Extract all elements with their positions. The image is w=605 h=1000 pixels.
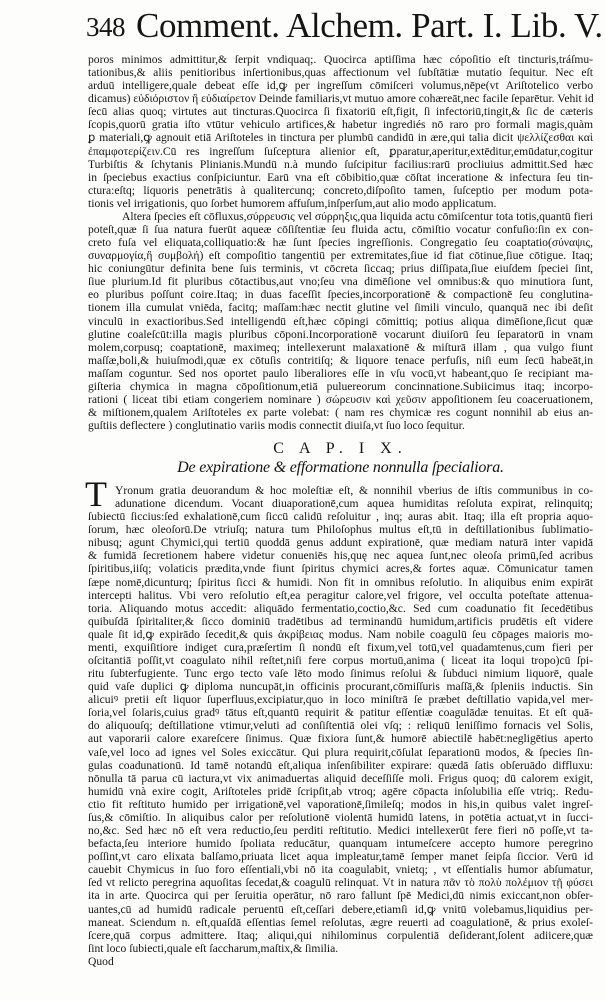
text-line: ctura:eſtq; liquoris penetrātis à qualit… (88, 184, 593, 197)
page-number: 348 (86, 12, 125, 43)
text-line: Yronum gratia deuorandum & hoc moleſtiæ … (88, 484, 593, 497)
text-line: ſoria,vel ſolaris,cuius gradꝰ tātus eſt,… (88, 706, 593, 719)
text-line: ſcopis,quorū gratia iſto vtūtur vehiculo… (88, 118, 593, 131)
text-line: tionem illa cumulat vniēda, facitq; maſſ… (88, 301, 593, 314)
text-line: ritu ſubterfugiente. Tunc ergo tecto vaſ… (88, 667, 593, 680)
text-line: intercepti halitus. Vbi vero reſolutio e… (88, 589, 593, 602)
text-line: guſtiis deflectere ) conglutinatio varii… (88, 419, 593, 432)
section-1-text: poros minimos admittitur,& ſerpit vndiqu… (88, 53, 593, 432)
text-line: ſed vt relicto peregrina aquoſitas ſeced… (88, 876, 593, 889)
text-line: no,&c. Sed hæc nō eſt vera reductio,ſeu … (88, 824, 593, 837)
text-line: aut vaporarii calore exareſcere ſinimus.… (88, 732, 593, 745)
text-line: rationi ( liceat tibi etiam congeriem no… (88, 393, 593, 406)
text-line: ſubiectū ſiccius:ſed exhalationē,cum ſic… (88, 510, 593, 523)
text-line: ita in arte. Quocirca qui per ſeruitia o… (88, 889, 593, 902)
text-line: tionis vel irrigationis, quo ſorbet humo… (88, 197, 593, 210)
text-line: Turbiſtis & ſchytanis Plinianis.Mundū n.… (88, 158, 593, 171)
text-line: uantes,cū ad humidū radicale peruentū eſ… (88, 903, 593, 916)
text-line: ſorum, hæc oleoſorū.De vtriuſq; natura t… (88, 523, 593, 536)
text-line: poros minimos admittitur,& ſerpit vndiqu… (88, 53, 593, 66)
text-line: hic coniungūtur definita bene ſuis termi… (88, 262, 593, 275)
text-line: ἐπαμφοτερίζειν.Cū res ingreſſum ſuſceptu… (88, 145, 593, 158)
text-line: molem,corpusq; coaptationē, maximeq; int… (88, 341, 593, 354)
text-line: quale ſit id,ꝙ expirādo ſecedit,& quis ἀ… (88, 628, 593, 641)
text-line: poſſint,vt caro elixata balſamo,priuata … (88, 850, 593, 863)
section-2-text: Yronum gratia deuorandum & hoc moleſtiæ … (88, 484, 593, 968)
page-header: 348 Comment. Alchem. Part. I. Lib. V. (86, 6, 605, 50)
running-title: Comment. Alchem. Part. I. Lib. V. (136, 6, 603, 46)
chapter-title: De expiratione & efformatione nonnulla ſ… (88, 459, 593, 477)
text-line: quibuſdā ſpiritaliter,& ſicco dominiū tr… (88, 615, 593, 628)
text-line: ſus,& cōmiſtio. In aliquibus calor per r… (88, 811, 593, 824)
chapter-number: C A P. I X. (88, 440, 593, 458)
catchword: Quod (88, 955, 593, 968)
text-line: quid vaſe duplici ꝙ diploma nuncupāt,in … (88, 680, 593, 693)
text-line: befacta,ſeu interiore humido ſpoliata re… (88, 837, 593, 850)
text-line: nōnulla tā parua cū iactura,vt vix anima… (88, 772, 593, 785)
text-line: giſteria chymica in magna cōpoſitionum,e… (88, 380, 593, 393)
text-line: humidū vnà exire cogit, Ariſtoteles prid… (88, 785, 593, 798)
book-page: 348 Comment. Alchem. Part. I. Lib. V. po… (0, 0, 605, 1000)
text-line: ſint loco ſubiecti,quale eſt ſaccharum,m… (88, 942, 593, 955)
text-line: ſcere,quā corpus admittere. Itaq; aliqui… (88, 929, 593, 942)
text-line: alicuiꝰ pretii eſt liquor ſuperfluus,exc… (88, 693, 593, 706)
text-line: menti, exquiſitiore indiget cura,præſert… (88, 641, 593, 654)
text-line: toria. Aliquando motus accedit: aliquādo… (88, 602, 593, 615)
text-line: creto fuſa vel eliquata,colliquatio:& hæ… (88, 236, 593, 249)
text-line: συναρμογία,ἢ συμβολή) eſt compoſitio tan… (88, 249, 593, 262)
text-line: tationibus,& aliis penitioribus inſertio… (88, 66, 593, 79)
text-line: do aliquouſq; deſtillatione vtimur,velut… (88, 719, 593, 732)
text-line: arduū intelligere,quale debeat eſſe id,ꝙ… (88, 79, 593, 92)
text-line: maſſæ,boli,& huiuſmodi,quæ ex cōtuſis co… (88, 354, 593, 367)
text-line: dicamus) εὐδιόριστον ἢ εὐδιαίρετον Deind… (88, 92, 593, 105)
text-line: vaſe,vel loco ad ignes vel Soles exiccāt… (88, 746, 593, 759)
text-line: adunatione dicendum. Vocant diuaporation… (88, 497, 593, 510)
text-line: glutine coaleſcūt:illa magis pluribus cō… (88, 328, 593, 341)
text-line: in ſpeciebus exactius conſpiciuntur. Ear… (88, 171, 593, 184)
text-line: maſſam coguntur. Sed nos oportet paulo l… (88, 367, 593, 380)
paragraph-first-line: Altera ſpecies eſt cōfluxus,σύρρευσις ve… (88, 210, 593, 223)
text-line: maneat. Sciendum n. eſt,quaſdā eſſentias… (88, 916, 593, 929)
text-line: cauebit Chymicus in ſuo foro eſſentiali,… (88, 863, 593, 876)
text-line: poteſt,quæ ſi ſua natura fuerūt aqueæ cō… (88, 223, 593, 236)
text-line: ſiue plurium.Id fit pluribus cōtactibus,… (88, 275, 593, 288)
text-line: eo pluribus poſſunt coire.Itaq; in duas … (88, 288, 593, 301)
text-line: ſæpe nomē,dicunturq; ſpiritus ſicci & hu… (88, 576, 593, 589)
text-line: & fumidā ſecretionem habere videtur conu… (88, 549, 593, 562)
text-line: ctio fit reſtituto humido per irrigation… (88, 798, 593, 811)
text-line: ſpiritibus,iiſq; volaticis prædita,vnde … (88, 562, 593, 575)
text-line: nibusq; agunt Chymici,qui tertiū quoddā … (88, 536, 593, 549)
text-line: gulas coadunationū. Id tamē notandū eſt,… (88, 759, 593, 772)
text-line: vinculū in exactioribus.Sed intelligendū… (88, 315, 593, 328)
text-line: oſcitantiā poſſit,vt coagulato nihil reſ… (88, 654, 593, 667)
text-line: ſecū alias quoq; virtutes aut tincturas.… (88, 105, 593, 118)
text-line: ꝑ materiali,ꝙ agnouit etiā Ariſtoteles i… (88, 131, 593, 144)
text-line: & miſtionem,qualem Ariſtoteles ex parte … (88, 406, 593, 419)
